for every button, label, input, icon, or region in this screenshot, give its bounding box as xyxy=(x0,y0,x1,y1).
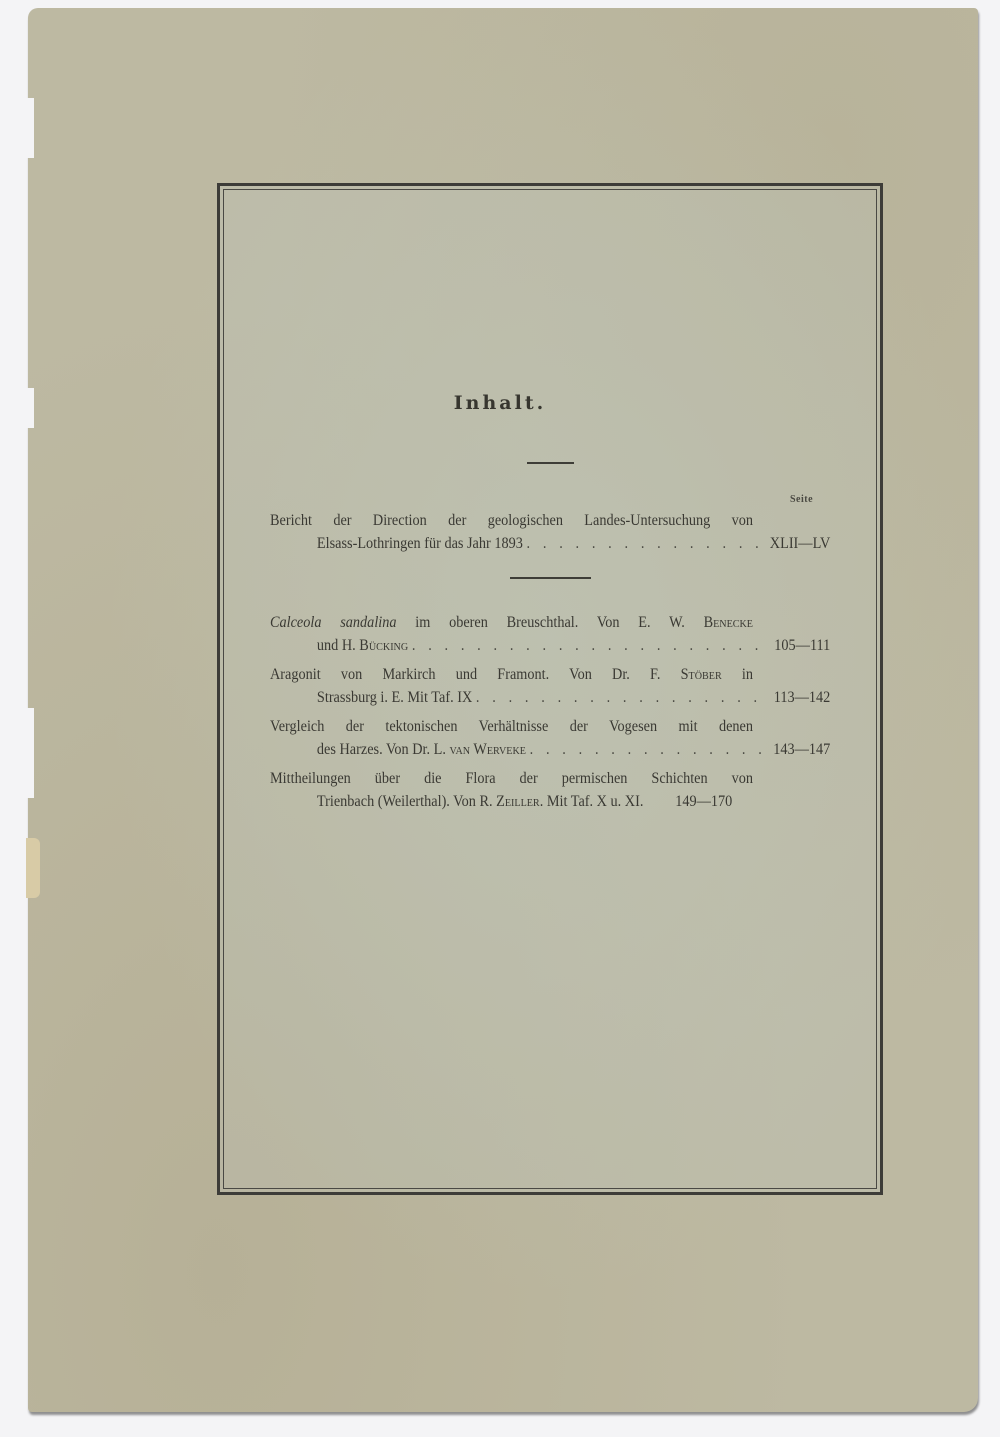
entry-title-line2: Strassburg i. E. Mit Taf. IX . . . . . .… xyxy=(270,686,830,709)
entry-text: und H. Bücking xyxy=(317,634,408,657)
column-header-seite: Seite xyxy=(790,494,813,505)
toc-entry: Calceola sandalina im oberen Breuschthal… xyxy=(270,611,830,657)
entry-title-line2: des Harzes. Von Dr. L. van Werveke . . .… xyxy=(270,738,830,761)
page-range: 143—147 xyxy=(773,738,830,761)
toc-entry: Mittheilungen über die Flora der permisc… xyxy=(270,767,830,813)
entry-title-cont: Elsass-Lothringen für das Jahr 1893 xyxy=(317,532,523,555)
entry-text-pre: des Harzes. Von Dr. L. xyxy=(317,741,450,758)
species-name: Calceola sandalina xyxy=(270,614,397,631)
entry-text-post: . Mit Taf. X u. XI. xyxy=(540,793,644,810)
entry-text: Trienbach (Weilerthal). Von R. Zeiller. … xyxy=(317,790,643,813)
entry-title-line1: Aragonit von Markirch und Framont. Von D… xyxy=(270,663,753,686)
toc-entry: Vergleich der tektonischen Verhältnisse … xyxy=(270,715,830,761)
entry-text-pre: und H. xyxy=(317,637,359,654)
section-rule xyxy=(510,577,591,579)
author-name: Benecke xyxy=(704,614,753,631)
document-page xyxy=(28,8,978,1412)
page-range: 113—142 xyxy=(774,686,831,709)
leader-spacer xyxy=(647,790,671,813)
entry-title-line1: Mittheilungen über die Flora der permisc… xyxy=(270,767,753,790)
title-rule xyxy=(527,462,574,464)
toc-entry: Aragonit von Markirch und Framont. Von D… xyxy=(270,663,830,709)
entry-title-line2: und H. Bücking . . . . . . . . . . . . .… xyxy=(270,634,830,657)
author-name: Bücking xyxy=(359,637,408,654)
torn-edge xyxy=(24,708,34,798)
torn-edge xyxy=(24,98,34,158)
entry-text: Strassburg i. E. Mit Taf. IX xyxy=(317,686,472,709)
entry-text: Aragonit von Markirch und Framont. Von D… xyxy=(270,666,681,683)
entry-text: des Harzes. Von Dr. L. van Werveke xyxy=(317,738,526,761)
author-name: Stöber xyxy=(681,666,722,683)
page-range: XLII—LV xyxy=(770,532,830,555)
dot-leader: . . . . . . . . . . . . . . . . . . . . … xyxy=(530,738,770,761)
entry-title-line1: Calceola sandalina im oberen Breuschthal… xyxy=(270,611,753,634)
entry-title-line1: Vergleich der tektonischen Verhältnisse … xyxy=(270,715,753,738)
author-name: van Werveke xyxy=(449,741,525,758)
page-title: Inhalt. xyxy=(0,392,1000,414)
entry-text-pre: Trienbach (Weilerthal). Von R. xyxy=(317,793,496,810)
entry-title-line2: Trienbach (Weilerthal). Von R. Zeiller. … xyxy=(270,790,830,813)
entry-title-line2: Elsass-Lothringen für das Jahr 1893 . . … xyxy=(270,532,830,555)
entry-text: im oberen Breuschthal. Von E. W. xyxy=(397,614,704,631)
page-range: 105—111 xyxy=(774,634,830,657)
dot-leader: . . . . . . . . . . . . . . . . . . . . … xyxy=(476,686,770,709)
worn-paper-patch xyxy=(26,838,40,898)
dot-leader: . . . . . . . . . . . . . . . . . . . . … xyxy=(412,634,771,657)
entry-title-line1: Bericht der Direction der geologischen L… xyxy=(270,509,753,532)
entry-text: in xyxy=(722,666,753,683)
author-name: Zeiller xyxy=(496,793,540,810)
dot-leader: . . . . . . . . . . . . . . . . . . . . … xyxy=(527,532,767,555)
page-range: 149—170 xyxy=(675,790,732,813)
